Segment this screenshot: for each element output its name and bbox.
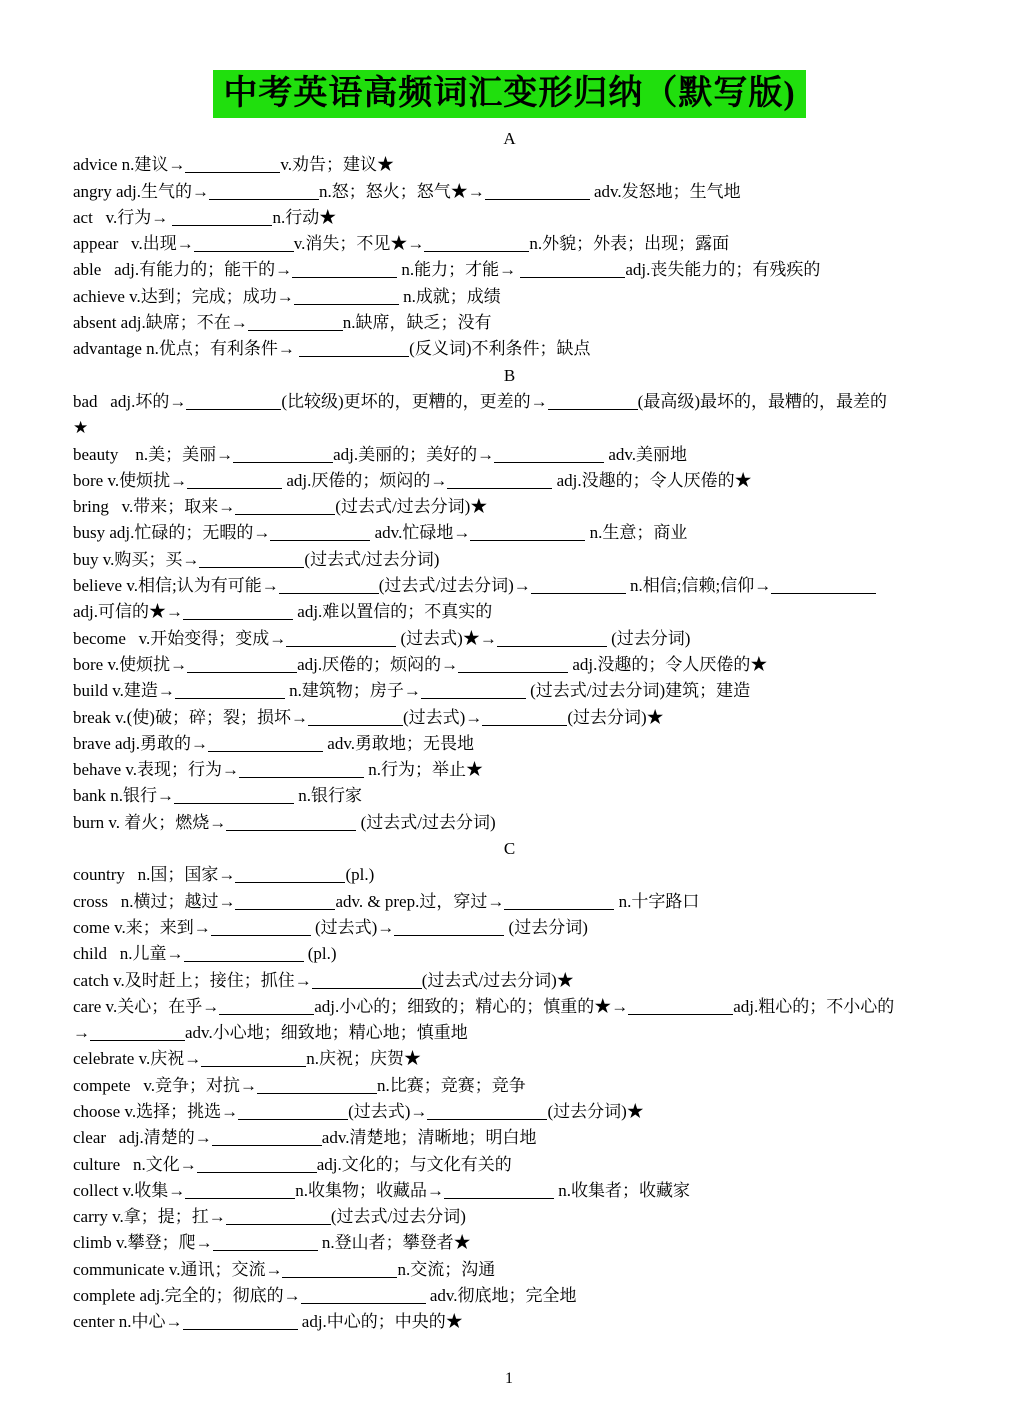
vocab-line: celebrate v.庆祝→n.庆祝；庆贺★ [73, 1046, 946, 1072]
vocab-text: clear adj.清楚的→ [73, 1128, 212, 1147]
vocab-line: compete v.竞争；对抗→n.比赛；竞赛；竞争 [73, 1073, 946, 1099]
fill-blank [447, 474, 552, 489]
vocab-text: adv.清楚地；清晰地；明白地 [322, 1128, 537, 1147]
vocab-text: ★ [73, 418, 88, 437]
fill-blank [226, 816, 356, 831]
vocab-text: adj.难以置信的；不真实的 [293, 602, 492, 621]
vocab-text: (过去式)→ [311, 918, 395, 937]
vocab-text: (过去分词)★ [547, 1102, 643, 1121]
fill-blank [194, 237, 294, 252]
fill-blank [235, 895, 335, 910]
fill-blank [184, 947, 304, 962]
vocab-text: care v.关心；在乎→ [73, 997, 219, 1016]
vocab-text: n.生意；商业 [585, 523, 687, 542]
fill-blank [239, 763, 364, 778]
vocab-line: →adv.小心地；细致地；精心地；慎重地 [73, 1020, 946, 1046]
vocab-line: bad adj.坏的→(比较级)更坏的，更糟的，更差的→(最高级)最坏的，最糟的… [73, 389, 946, 415]
vocab-line: buy v.购买；买→(过去式/过去分词) [73, 547, 946, 573]
vocab-line: behave v.表现；行为→ n.行为；举止★ [73, 757, 946, 783]
fill-blank [187, 474, 282, 489]
fill-blank [424, 237, 529, 252]
vocab-text: come v.来；来到→ [73, 918, 211, 937]
vocab-line: appear v.出现→v.消失；不见★→n.外貌；外表；出现；露面 [73, 231, 946, 257]
fill-blank [185, 158, 280, 173]
vocab-text: behave v.表现；行为→ [73, 760, 239, 779]
vocab-text: (过去式/过去分词) [331, 1207, 466, 1226]
vocab-text: v.劝告；建议★ [280, 155, 394, 174]
vocab-text: n.银行家 [294, 786, 362, 805]
vocab-line: catch v.及时赶上；接住；抓住→(过去式/过去分词)★ [73, 968, 946, 994]
fill-blank [282, 1263, 397, 1278]
vocab-text: culture n.文化→ [73, 1155, 197, 1174]
vocab-text: burn v. 着火；燃烧→ [73, 813, 226, 832]
vocab-text: adj.厌倦的；烦闷的→ [297, 655, 458, 674]
vocab-text: bore v.使烦扰→ [73, 471, 187, 490]
vocab-text: n.怒；怒火；怒气★→ [319, 182, 485, 201]
vocab-text: n.行动★ [272, 208, 336, 227]
vocab-line: angry adj.生气的→n.怒；怒火；怒气★→ adv.发怒地；生气地 [73, 179, 946, 205]
vocab-text: (过去分词)★ [567, 708, 663, 727]
vocab-text: n.庆祝；庆贺★ [306, 1049, 421, 1068]
fill-blank [421, 684, 526, 699]
vocab-text: build v.建造→ [73, 681, 175, 700]
vocab-text: child n.儿童→ [73, 944, 184, 963]
fill-blank [294, 290, 399, 305]
fill-blank [172, 211, 272, 226]
vocab-text: (过去式/过去分词)→ [379, 576, 531, 595]
section-header-a: A [73, 126, 946, 152]
vocab-line: communicate v.通讯；交流→n.交流；沟通 [73, 1257, 946, 1283]
vocab-line: come v.来；来到→ (过去式)→ (过去分词) [73, 915, 946, 941]
page-title: 中考英语高频词汇变形归纳（默写版) [213, 70, 805, 118]
vocab-line: build v.建造→ n.建筑物；房子→ (过去式/过去分词)建筑；建造 [73, 678, 946, 704]
vocab-text: n.成就；成绩 [399, 287, 501, 306]
fill-blank [186, 395, 281, 410]
vocab-text: n.交流；沟通 [397, 1260, 495, 1279]
vocab-text: adj.小心的；细致的；精心的；慎重的★→ [314, 997, 628, 1016]
vocab-line: adj.可信的★→ adj.难以置信的；不真实的 [73, 599, 946, 625]
fill-blank [548, 395, 638, 410]
vocab-text: believe v.相信;认为有可能→ [73, 576, 279, 595]
vocab-text: celebrate v.庆祝→ [73, 1049, 201, 1068]
vocab-text: busy adj.忙碌的；无暇的→ [73, 523, 270, 542]
fill-blank [504, 895, 614, 910]
vocab-line: clear adj.清楚的→adv.清楚地；清晰地；明白地 [73, 1125, 946, 1151]
vocab-text: cross n.横过；越过→ [73, 892, 235, 911]
fill-blank [497, 632, 607, 647]
vocab-line: bank n.银行→ n.银行家 [73, 783, 946, 809]
fill-blank [771, 579, 876, 594]
vocab-text: center n.中心→ [73, 1312, 183, 1331]
fill-blank [226, 1210, 331, 1225]
fill-blank [209, 185, 319, 200]
vocab-text: n.缺席，缺乏；没有 [343, 313, 492, 332]
fill-blank [494, 448, 604, 463]
vocab-text: adj.可信的★→ [73, 602, 183, 621]
vocab-text: → [73, 1023, 90, 1042]
vocab-text: climb v.攀登；爬→ [73, 1233, 213, 1252]
fill-blank [270, 526, 370, 541]
vocab-text: adj.没趣的；令人厌倦的★ [568, 655, 767, 674]
vocab-line: become v.开始变得；变成→ (过去式)★→ (过去分词) [73, 626, 946, 652]
vocab-text: beauty n.美；美丽→ [73, 445, 233, 464]
vocab-text: adv.彻底地；完全地 [426, 1286, 577, 1305]
vocab-text: n.能力；才能→ [397, 260, 520, 279]
fill-blank [219, 1000, 314, 1015]
fill-blank [185, 1184, 295, 1199]
vocab-text: buy v.购买；买→ [73, 550, 199, 569]
vocab-text: adj.丧失能力的；有残疾的 [625, 260, 820, 279]
vocab-text: absent adj.缺席；不在→ [73, 313, 248, 332]
vocab-text: carry v.拿；提；扛→ [73, 1207, 226, 1226]
fill-blank [531, 579, 626, 594]
vocab-text: (过去式/过去分词) [356, 813, 495, 832]
vocab-line: bore v.使烦扰→ adj.厌倦的；烦闷的→ adj.没趣的；令人厌倦的★ [73, 468, 946, 494]
vocab-text: break v.(使)破；碎；裂；损坏→ [73, 708, 308, 727]
vocab-line: achieve v.达到；完成；成功→ n.成就；成绩 [73, 284, 946, 310]
vocab-line: act v.行为→ n.行动★ [73, 205, 946, 231]
vocab-line: break v.(使)破；碎；裂；损坏→(过去式)→(过去分词)★ [73, 705, 946, 731]
fill-blank [485, 185, 590, 200]
vocab-text: n.十字路口 [614, 892, 699, 911]
fill-blank [235, 868, 345, 883]
vocab-line: center n.中心→ adj.中心的；中央的★ [73, 1309, 946, 1335]
fill-blank [286, 632, 396, 647]
vocab-text: adj.没趣的；令人厌倦的★ [552, 471, 751, 490]
vocab-text: choose v.选择；挑选→ [73, 1102, 238, 1121]
fill-blank [233, 448, 333, 463]
fill-blank [174, 789, 294, 804]
fill-blank [90, 1026, 185, 1041]
vocab-line: complete adj.完全的；彻底的→ adv.彻底地；完全地 [73, 1283, 946, 1309]
vocab-text: (比较级)更坏的，更糟的，更差的→ [281, 392, 547, 411]
vocab-text: adj.粗心的；不小心的 [733, 997, 894, 1016]
vocab-text: n.建筑物；房子→ [285, 681, 421, 700]
fill-blank [292, 263, 397, 278]
vocab-text: brave adj.勇敢的→ [73, 734, 208, 753]
vocab-text: n.收集者；收藏家 [554, 1181, 690, 1200]
vocab-text: adj.中心的；中央的★ [298, 1312, 463, 1331]
vocab-text: adj.美丽的；美好的→ [333, 445, 494, 464]
vocab-line: busy adj.忙碌的；无暇的→ adv.忙碌地→ n.生意；商业 [73, 520, 946, 546]
vocab-text: collect v.收集→ [73, 1181, 185, 1200]
vocab-text: (pl.) [304, 944, 337, 963]
fill-blank [312, 974, 422, 989]
fill-blank [257, 1079, 377, 1094]
fill-blank [279, 579, 379, 594]
vocab-line: believe v.相信;认为有可能→(过去式/过去分词)→ n.相信;信赖;信… [73, 573, 946, 599]
document-page: 中考英语高频词汇变形归纳（默写版) Aadvice n.建议→v.劝告；建议★a… [0, 0, 1018, 1428]
fill-blank [208, 737, 323, 752]
vocab-text: (过去式)→ [403, 708, 482, 727]
vocab-text: catch v.及时赶上；接住；抓住→ [73, 971, 312, 990]
vocab-text: adv.美丽地 [604, 445, 687, 464]
vocab-text: adv.小心地；细致地；精心地；慎重地 [185, 1023, 468, 1042]
vocab-text: become v.开始变得；变成→ [73, 629, 286, 648]
vocab-text: (过去式/过去分词)建筑；建造 [526, 681, 750, 700]
vocab-text: bring v.带来；取来→ [73, 497, 235, 516]
vocab-text: n.比赛；竞赛；竞争 [377, 1076, 526, 1095]
vocab-text: (过去式/过去分词)★ [422, 971, 574, 990]
vocab-text: (过去分词) [607, 629, 691, 648]
fill-blank [520, 263, 625, 278]
vocab-line: absent adj.缺席；不在→n.缺席，缺乏；没有 [73, 310, 946, 336]
vocab-text: adv.发怒地；生气地 [590, 182, 741, 201]
vocab-line: climb v.攀登；爬→ n.登山者；攀登者★ [73, 1230, 946, 1256]
vocab-text: (过去式/过去分词) [304, 550, 439, 569]
vocab-text: bore v.使烦扰→ [73, 655, 187, 674]
fill-blank [175, 684, 285, 699]
vocab-line: advantage n.优点；有利条件→ (反义词)不利条件；缺点 [73, 336, 946, 362]
fill-blank [301, 1289, 426, 1304]
fill-blank [470, 526, 585, 541]
fill-blank [427, 1105, 547, 1120]
section-header-b: B [73, 363, 946, 389]
vocab-line: care v.关心；在乎→adj.小心的；细致的；精心的；慎重的★→adj.粗心… [73, 994, 946, 1020]
vocab-sections: Aadvice n.建议→v.劝告；建议★angry adj.生气的→n.怒；怒… [73, 126, 946, 1336]
fill-blank [187, 658, 297, 673]
vocab-text: v.消失；不见★→ [294, 234, 425, 253]
fill-blank [183, 605, 293, 620]
vocab-line: culture n.文化→adj.文化的；与文化有关的 [73, 1152, 946, 1178]
vocab-text: advice n.建议→ [73, 155, 185, 174]
vocab-line: bring v.带来；取来→(过去式/过去分词)★ [73, 494, 946, 520]
vocab-line: country n.国；国家→(pl.) [73, 862, 946, 888]
vocab-text: n.相信;信赖;信仰→ [626, 576, 771, 595]
fill-blank [299, 342, 409, 357]
vocab-line: brave adj.勇敢的→ adv.勇敢地；无畏地 [73, 731, 946, 757]
vocab-text: act v.行为→ [73, 208, 172, 227]
vocab-text: n.行为；举止★ [364, 760, 483, 779]
fill-blank [308, 711, 403, 726]
fill-blank [235, 500, 335, 515]
fill-blank [238, 1105, 348, 1120]
vocab-line: cross n.横过；越过→adv. & prep.过，穿过→ n.十字路口 [73, 889, 946, 915]
vocab-text: adj.厌倦的；烦闷的→ [282, 471, 447, 490]
fill-blank [183, 1315, 298, 1330]
vocab-line: child n.儿童→ (pl.) [73, 941, 946, 967]
vocab-line: ★ [73, 415, 946, 441]
vocab-text: achieve v.达到；完成；成功→ [73, 287, 294, 306]
vocab-text: n.登山者；攀登者★ [318, 1233, 471, 1252]
vocab-text: adv. & prep.过，穿过→ [335, 892, 504, 911]
fill-blank [211, 921, 311, 936]
vocab-line: carry v.拿；提；扛→(过去式/过去分词) [73, 1204, 946, 1230]
vocab-text: n.外貌；外表；出现；露面 [529, 234, 729, 253]
fill-blank [212, 1131, 322, 1146]
vocab-text: (过去分词) [504, 918, 588, 937]
vocab-text: (最高级)最坏的，最糟的，最差的 [638, 392, 887, 411]
fill-blank [199, 553, 304, 568]
fill-blank [444, 1184, 554, 1199]
vocab-text: (过去式)★→ [396, 629, 497, 648]
fill-blank [394, 921, 504, 936]
vocab-text: (pl.) [345, 865, 374, 884]
vocab-text: adv.勇敢地；无畏地 [323, 734, 474, 753]
fill-blank [201, 1052, 306, 1067]
fill-blank [197, 1158, 317, 1173]
vocab-line: advice n.建议→v.劝告；建议★ [73, 152, 946, 178]
vocab-text: adj.文化的；与文化有关的 [317, 1155, 512, 1174]
fill-blank [482, 711, 567, 726]
vocab-text: bad adj.坏的→ [73, 392, 186, 411]
vocab-text: angry adj.生气的→ [73, 182, 209, 201]
vocab-text: adv.忙碌地→ [370, 523, 470, 542]
fill-blank [628, 1000, 733, 1015]
vocab-line: able adj.有能力的；能干的→ n.能力；才能→ adj.丧失能力的；有残… [73, 257, 946, 283]
page-number: 1 [0, 1370, 1018, 1388]
vocab-text: (过去式/过去分词)★ [335, 497, 487, 516]
fill-blank [213, 1236, 318, 1251]
vocab-text: compete v.竞争；对抗→ [73, 1076, 257, 1095]
vocab-line: burn v. 着火；燃烧→ (过去式/过去分词) [73, 810, 946, 836]
section-header-c: C [73, 836, 946, 862]
fill-blank [248, 316, 343, 331]
vocab-line: collect v.收集→n.收集物；收藏品→ n.收集者；收藏家 [73, 1178, 946, 1204]
fill-blank [458, 658, 568, 673]
vocab-text: (过去式)→ [348, 1102, 427, 1121]
vocab-line: bore v.使烦扰→adj.厌倦的；烦闷的→ adj.没趣的；令人厌倦的★ [73, 652, 946, 678]
vocab-text: (反义词)不利条件；缺点 [409, 339, 590, 358]
vocab-text: bank n.银行→ [73, 786, 174, 805]
vocab-text: complete adj.完全的；彻底的→ [73, 1286, 301, 1305]
vocab-text: country n.国；国家→ [73, 865, 235, 884]
vocab-text: n.收集物；收藏品→ [295, 1181, 444, 1200]
vocab-line: beauty n.美；美丽→adj.美丽的；美好的→ adv.美丽地 [73, 442, 946, 468]
vocab-text: advantage n.优点；有利条件→ [73, 339, 299, 358]
vocab-text: communicate v.通讯；交流→ [73, 1260, 282, 1279]
vocab-text: able adj.有能力的；能干的→ [73, 260, 292, 279]
vocab-line: choose v.选择；挑选→(过去式)→(过去分词)★ [73, 1099, 946, 1125]
vocab-text: appear v.出现→ [73, 234, 194, 253]
